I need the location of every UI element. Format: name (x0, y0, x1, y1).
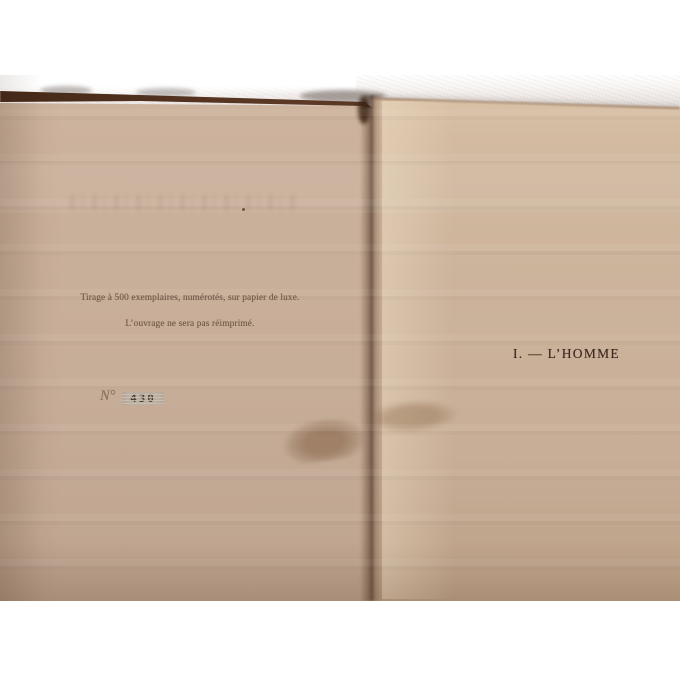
open-book-photo: Tirage à 500 exemplaires, numérotés, sur… (0, 75, 680, 601)
copy-number: 430 (122, 392, 164, 405)
copy-number-stamp: 430 (122, 392, 164, 405)
chapter-heading: I. — L’HOMME (470, 346, 663, 362)
stain-right-page (373, 397, 459, 436)
exposure-band (0, 163, 680, 213)
gutter-top-shadow (358, 96, 370, 124)
limitation-line-1: Tirage à 500 exemplaires, numérotés, sur… (65, 293, 315, 303)
left-vignette (0, 75, 42, 601)
numero-label: N° (100, 388, 124, 405)
photo-canvas: Tirage à 500 exemplaires, numérotés, sur… (0, 0, 680, 680)
limitation-line-2: L’ouvrage ne sera pas réimprimé. (65, 319, 315, 329)
bottom-shading (0, 543, 680, 601)
